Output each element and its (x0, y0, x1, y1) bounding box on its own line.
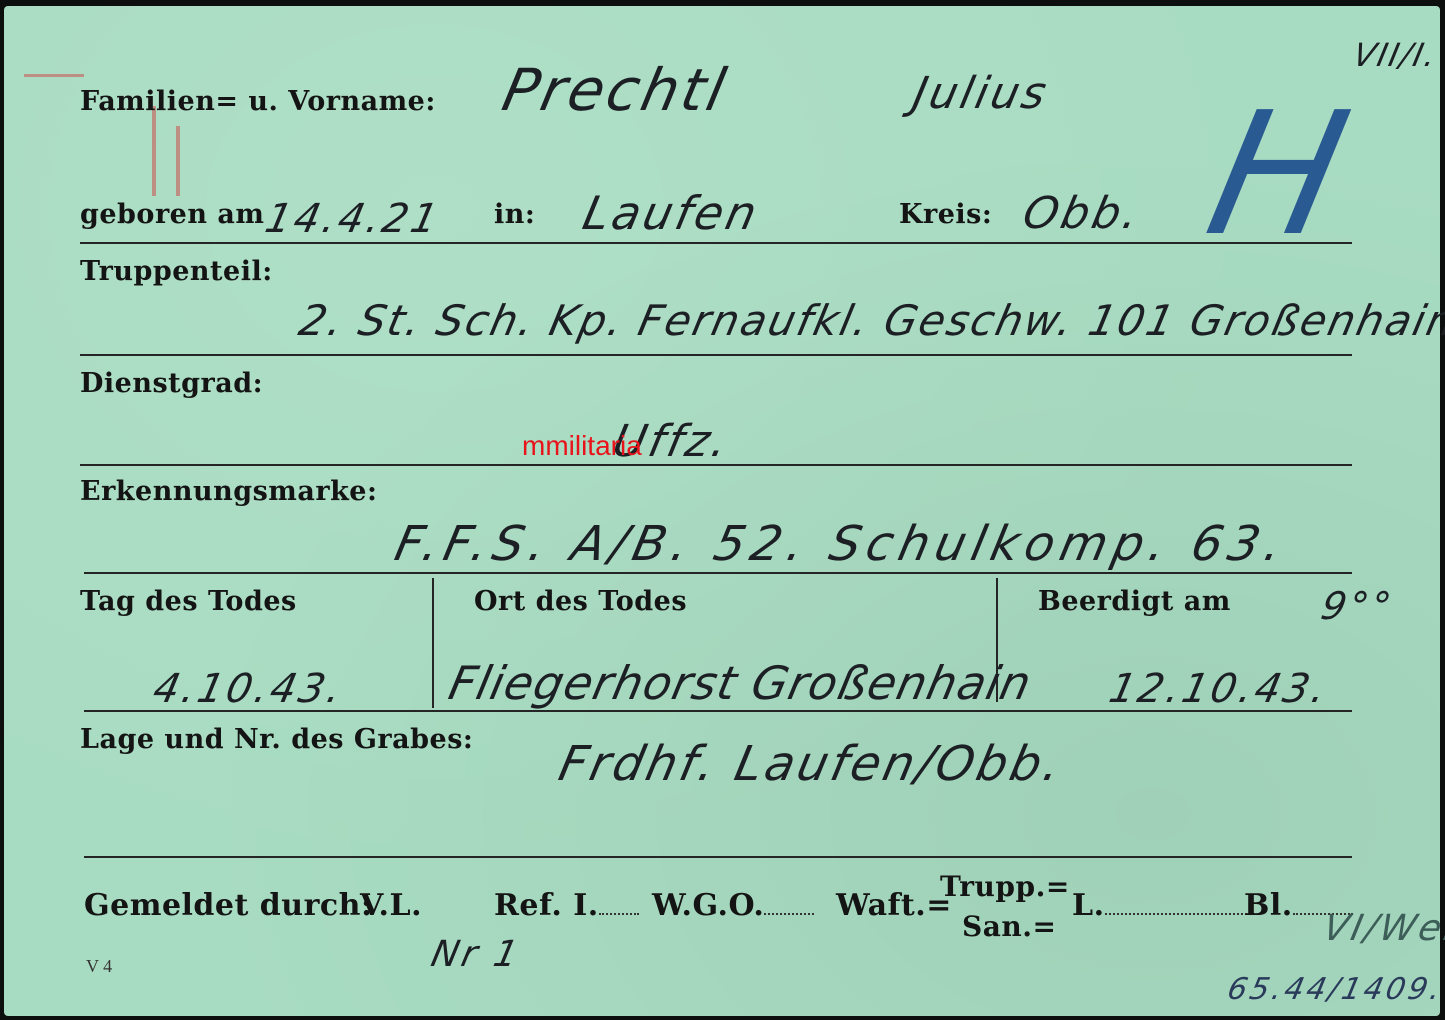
ref-text: Ref. I. (494, 888, 599, 923)
divider (84, 572, 1352, 574)
vl-label: V.L. (360, 888, 422, 923)
unit-value: 2. St. Sch. Kp. Fernaufkl. Geschw. 101 G… (295, 296, 1445, 345)
bl-text: Bl. (1244, 888, 1293, 923)
vl-annotation: Nr 1 (428, 934, 525, 975)
born-label: geboren am (80, 199, 264, 230)
death-place-value: Fliegerhorst Großenhain (444, 656, 1036, 710)
death-place-label: Ort des Todes (474, 586, 687, 617)
blue-mark: H (1193, 76, 1363, 274)
red-pencil-mark (24, 74, 84, 77)
name-label: Familien= u. Vorname: (80, 86, 436, 117)
surname-value: Prechtl (497, 56, 734, 124)
column-divider (432, 578, 434, 708)
birthplace-value: Laufen (578, 186, 764, 240)
red-pencil-mark (152, 106, 156, 196)
divider (80, 464, 1352, 466)
tag-label: Erkennungsmarke: (80, 476, 377, 507)
divider (80, 354, 1352, 356)
corner-mark: VII/I. (1350, 36, 1441, 74)
l-label: L. (1072, 888, 1255, 923)
reported-by-label: Gemeldet durch: (84, 888, 373, 923)
unit-label: Truppenteil: (80, 256, 273, 287)
burial-date-value: 12.10.43. (1105, 666, 1333, 712)
kreis-label: Kreis: (899, 199, 992, 230)
record-card: Familien= u. Vorname: Prechtl Julius H V… (4, 6, 1440, 1016)
kreis-value: Obb. (1019, 188, 1146, 239)
divider (84, 710, 1352, 712)
death-day-value: 4.10.43. (149, 666, 348, 712)
form-code: V 4 (86, 956, 112, 977)
in-label: in: (494, 199, 535, 230)
waft-label: Waft.= (836, 888, 952, 923)
l-text: L. (1072, 888, 1105, 923)
trupp-label: Trupp.= (940, 870, 1070, 903)
grave-value: Frdhf. Laufen/Obb. (554, 736, 1068, 792)
born-date-value: 14.4.21 (261, 196, 444, 242)
ref-label: Ref. I. (494, 888, 639, 923)
bottom-right-number: 65.44/1409. (1224, 972, 1445, 1007)
burial-label: Beerdigt am (1038, 586, 1231, 617)
tag-value: F.F.S. A/B. 52. Schulkomp. 63. (390, 516, 1293, 572)
grave-label: Lage und Nr. des Grabes: (80, 724, 473, 755)
red-pencil-mark (176, 126, 180, 196)
rank-label: Dienstgrad: (80, 368, 263, 399)
burial-time-value: 9°° (1317, 584, 1398, 628)
divider (84, 856, 1352, 858)
wgo-label: W.G.O. (652, 888, 814, 923)
given-name-value: Julius (909, 68, 1054, 119)
watermark: mmilitaria (522, 430, 642, 462)
bottom-right-note: VI/Wei. (1320, 908, 1445, 949)
wgo-text: W.G.O. (652, 888, 764, 923)
divider (80, 242, 1352, 244)
death-day-label: Tag des Todes (80, 586, 297, 617)
san-label: San.= (962, 910, 1056, 943)
